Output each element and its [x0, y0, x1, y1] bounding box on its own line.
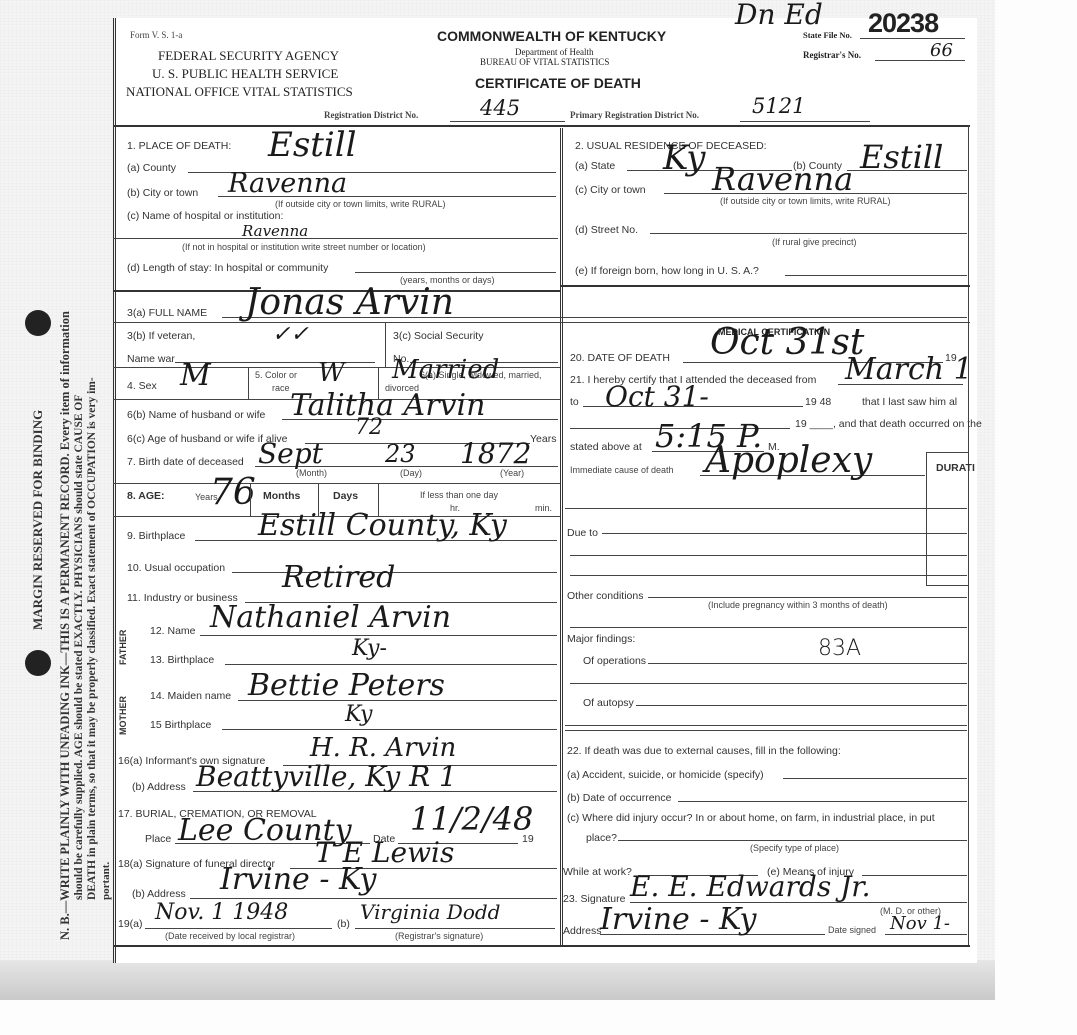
father-name-value: Nathaniel Arvin	[210, 600, 451, 635]
registrar-sig-label: (b)	[337, 918, 350, 930]
spouse-label: 6(b) Name of husband or wife	[127, 409, 265, 421]
father-name-label: 12. Name	[150, 625, 196, 637]
form-bottom-border	[113, 945, 970, 947]
immediate-cause-value: Apoplexy	[705, 440, 872, 481]
death-city-value: Ravenna	[228, 168, 347, 199]
hospital-note: (If not in hospital or institution write…	[182, 242, 426, 252]
residence-state-value: Ky	[663, 138, 705, 178]
margin-note-line-4: portant.	[100, 862, 112, 900]
birth-month-value: Sept	[258, 437, 323, 470]
father-birthplace-label: 13. Birthplace	[150, 654, 214, 666]
mother-side-label: MOTHER	[118, 696, 128, 735]
residence-city-value: Ravenna	[712, 160, 853, 198]
birth-day-value: 23	[385, 440, 416, 468]
received-label: 19(a)	[118, 918, 143, 930]
margin-note-line-2: should be carefully supplied. AGE should…	[73, 395, 85, 900]
header-divider	[113, 125, 970, 127]
stated-above-label: stated above at	[570, 441, 642, 453]
physician-signature-value: E. E. Edwards Jr.	[630, 870, 871, 903]
injury-place-note: (Specify type of place)	[750, 843, 839, 853]
funeral-address-value: Irvine - Ky	[220, 862, 376, 897]
foreign-label: (e) If foreign born, how long in U. S. A…	[575, 265, 759, 277]
race-label: 5. Color or	[255, 370, 297, 380]
form-number: Form V. S. 1-a	[130, 30, 182, 40]
margin-note-line-1: N. B.—WRITE PLAINLY WITH UNFADING INK—TH…	[58, 311, 73, 940]
date-signed-value: Nov 1-	[890, 913, 950, 934]
last-saw-text: that I last saw him al	[862, 396, 957, 408]
mother-name-label: 14. Maiden name	[150, 690, 231, 702]
center-divider	[560, 128, 563, 945]
state-file-label: State File No.	[803, 30, 852, 40]
department: Department of Health	[515, 47, 593, 57]
registrar-sig-note: (Registrar's signature)	[395, 931, 483, 941]
race-value: W	[318, 358, 345, 388]
certificate-page: MARGIN RESERVED FOR BINDING N. B.—WRITE …	[0, 0, 995, 1000]
day-note: (Day)	[400, 468, 422, 478]
binding-hole-bottom	[25, 650, 51, 676]
age-label: 8. AGE:	[127, 490, 165, 502]
death-city-label: (b) City or town	[127, 187, 198, 199]
registrar-sig-value: Virginia Dodd	[360, 900, 501, 924]
primary-district-label: Primary Registration District No.	[570, 110, 699, 120]
street-note: (If rural give precinct)	[772, 237, 857, 247]
due-to-label: Due to	[567, 527, 598, 539]
registration-district-value: 445	[480, 96, 520, 120]
spouse-age-value: 72	[355, 415, 383, 440]
injury-place-label: (c) Where did injury occur? In or about …	[567, 812, 935, 824]
major-findings-label: Major findings:	[567, 633, 635, 645]
received-value: Nov. 1 1948	[155, 900, 288, 925]
duration-header: DURATI	[936, 462, 975, 474]
death-county-value: Estill	[268, 125, 357, 165]
injury-place-label-2: place?	[586, 832, 617, 844]
race-label-2: race	[272, 383, 290, 393]
occupation-value: Retired	[282, 560, 395, 595]
age-days-col: Days	[333, 490, 358, 502]
while-at-work-label: While at work?	[563, 866, 632, 878]
date-occurrence-label: (b) Date of occurrence	[567, 792, 671, 804]
death-county-label: (a) County	[127, 162, 176, 174]
marital-value: Married	[392, 355, 499, 385]
date-of-death-value: Oct 31st	[710, 322, 864, 363]
agency-line-2: U. S. PUBLIC HEALTH SERVICE	[152, 66, 338, 82]
mother-birthplace-label: 15 Birthplace	[150, 719, 211, 731]
operations-label: Of operations	[583, 655, 646, 667]
registration-district-label: Registration District No.	[324, 110, 418, 120]
informant-address-label: (b) Address	[132, 781, 186, 793]
top-annotation: Dn Ed	[735, 0, 823, 31]
full-name-value: Jonas Arvin	[245, 282, 454, 323]
stay-label: (d) Length of stay: In hospital or commu…	[127, 262, 328, 274]
birth-year-value: 1872	[460, 437, 531, 470]
birthplace-label: 9. Birthplace	[127, 530, 185, 542]
burial-year-prefix: 19	[522, 833, 534, 845]
occupation-label: 10. Usual occupation	[127, 562, 225, 574]
classification-code: 83A	[818, 636, 861, 661]
war-label: Name war	[127, 353, 175, 365]
sex-value: M	[180, 358, 211, 393]
binding-hole-top	[25, 310, 51, 336]
form-right-border	[968, 125, 969, 945]
other-conditions-note: (Include pregnancy within 3 months of de…	[708, 600, 888, 610]
residence-county-value: Estill	[860, 138, 943, 176]
funeral-address-label: (b) Address	[132, 888, 186, 900]
burial-date-value: 11/2/48	[410, 800, 533, 838]
primary-district-value: 5121	[752, 94, 805, 118]
informant-address-value: Beattyville, Ky R 1	[196, 760, 457, 793]
occurred-text: 19 ____, and that death occurred on the	[795, 418, 982, 430]
month-note: (Month)	[296, 468, 327, 478]
margin-note-line-3: DEATH in plain terms, so that it may be …	[86, 377, 98, 900]
date-signed-label: Date signed	[828, 925, 876, 935]
father-birthplace-value: Ky-	[352, 636, 387, 661]
immediate-cause-label: Immediate cause of death	[570, 465, 674, 475]
birth-date-label: 7. Birth date of deceased	[127, 456, 244, 468]
residence-city-label: (c) City or town	[575, 184, 646, 196]
father-side-label: FATHER	[118, 630, 128, 665]
min-label: min.	[535, 503, 552, 513]
mother-birthplace-value: Ky	[345, 702, 372, 727]
birthplace-value: Estill County, Ky	[258, 508, 507, 543]
certificate-title: CERTIFICATE OF DEATH	[475, 75, 641, 91]
agency-line-1: FEDERAL SECURITY AGENCY	[158, 48, 339, 64]
spouse-value: Talitha Arvin	[290, 388, 485, 423]
residence-city-note: (If outside city or town limits, write R…	[720, 196, 891, 206]
burial-place-label: Place	[145, 833, 171, 845]
less-than-day: If less than one day	[420, 490, 498, 500]
veteran-mark: ✓✓	[272, 322, 309, 347]
mother-name-value: Bettie Peters	[248, 668, 445, 703]
form-left-border	[113, 18, 116, 963]
state-file-value: 20238	[868, 8, 938, 39]
hospital-label: (c) Name of hospital or institution:	[127, 210, 283, 222]
attended-to-value: Oct 31-	[605, 380, 709, 413]
ss-label: 3(c) Social Security	[393, 330, 483, 342]
veteran-label: 3(b) If veteran,	[127, 330, 195, 342]
year-note: (Year)	[500, 468, 524, 478]
physician-address-label: Address	[563, 925, 602, 937]
physician-address-value: Irvine - Ky	[600, 902, 756, 937]
autopsy-label: Of autopsy	[583, 697, 634, 709]
state-title: COMMONWEALTH OF KENTUCKY	[437, 28, 666, 44]
years-label: Years	[530, 433, 556, 445]
registrar-no-value: 66	[930, 40, 953, 61]
informant-value: H. R. Arvin	[310, 733, 456, 763]
sex-label: 4. Sex	[127, 380, 157, 392]
received-note: (Date received by local registrar)	[165, 931, 295, 941]
age-years-value: 76	[210, 472, 256, 513]
residence-state-label: (a) State	[575, 160, 615, 172]
age-months-col: Months	[263, 490, 300, 502]
accident-label: (a) Accident, suicide, or homicide (spec…	[567, 769, 764, 781]
scan-shadow	[0, 960, 995, 1000]
bureau: BUREAU OF VITAL STATISTICS	[480, 57, 609, 67]
date-of-death-label: 20. DATE OF DEATH	[570, 352, 670, 364]
agency-line-3: NATIONAL OFFICE VITAL STATISTICS	[126, 84, 353, 100]
street-label: (d) Street No.	[575, 224, 638, 236]
registrar-no-label: Registrar's No.	[803, 50, 861, 60]
other-conditions-label: Other conditions	[567, 590, 643, 602]
external-causes-heading: 22. If death was due to external causes,…	[567, 745, 841, 757]
death-city-note: (If outside city or town limits, write R…	[275, 199, 446, 209]
attended-to-year: 19 48	[805, 396, 831, 408]
to-label: to	[570, 396, 579, 408]
place-of-death-heading: 1. PLACE OF DEATH:	[127, 140, 231, 152]
attended-from-value: March 1	[845, 352, 973, 387]
full-name-label: 3(a) FULL NAME	[127, 307, 207, 319]
margin-binding-note: MARGIN RESERVED FOR BINDING	[30, 410, 46, 630]
